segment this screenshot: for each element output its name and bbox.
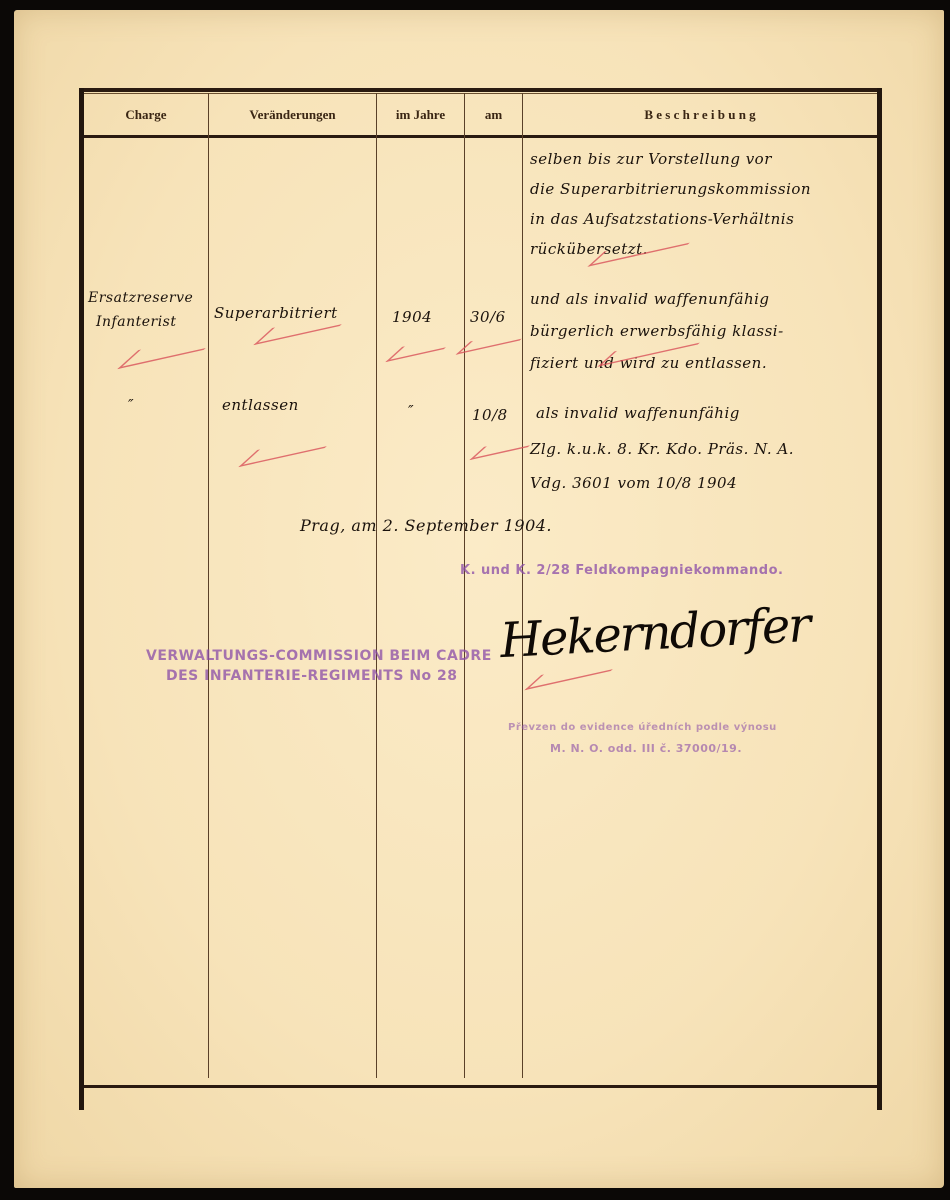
registry-stamp-line2: M. N. O. odd. III č. 37000/19. [550,742,742,755]
row1-day: 30/6 [470,308,506,326]
description-continuation-line: in das Aufsatzstations-Verhältnis [530,210,794,228]
table-frame-top [80,88,882,92]
company-command-stamp: K. und K. 2/28 Feldkompagniekommando. [460,563,783,578]
row2-description-line: als invalid waffenunfähig [536,404,740,422]
header-changes: Veränderungen [209,100,376,130]
row1-year: 1904 [392,308,432,326]
row2-charge-ditto: ″ [128,396,134,414]
column-divider [464,93,465,1078]
header-description: B e s c h r e i b u n g [523,100,877,130]
header-rule [84,135,877,138]
row2-description-line: Vdg. 3601 vom 10/8 1904 [530,474,737,492]
row1-charge-line2: Infanterist [96,314,176,330]
place-date: Prag, am 2. September 1904. [300,516,552,535]
row2-year-ditto: ″ [408,402,414,420]
row2-day: 10/8 [472,406,508,424]
table-frame-left [79,88,84,1110]
administration-stamp-line1: VERWALTUNGS-COMMISSION BEIM CADRE [146,648,492,664]
row2-description-line: Zlg. k.u.k. 8. Kr. Kdo. Präs. N. A. [530,440,794,458]
registry-stamp-line1: Převzen do evidence úředních podle výnos… [508,722,777,733]
row1-description-line: und als invalid waffenunfähig [530,290,770,308]
header-charge: Charge [84,100,208,130]
description-continuation-line: selben bis zur Vorstellung vor [530,150,772,168]
table-bottom-rule [84,1085,877,1088]
header-year: im Jahre [377,100,464,130]
table-frame-right [877,88,882,1110]
row1-description-line: fiziert und wird zu entlassen. [530,354,767,372]
table-inner-top-line [84,93,877,94]
row1-description-line: bürgerlich erwerbsfähig klassi- [530,322,784,340]
administration-stamp-line2: DES INFANTERIE-REGIMENTS No 28 [166,668,458,684]
header-day: am [465,100,522,130]
column-divider [208,93,209,1078]
description-continuation-line: die Superarbitrierungskommission [530,180,811,198]
row2-changes: entlassen [222,396,299,414]
column-divider [522,93,523,1078]
column-divider [376,93,377,1078]
row1-charge-line1: Ersatzreserve [88,290,193,306]
